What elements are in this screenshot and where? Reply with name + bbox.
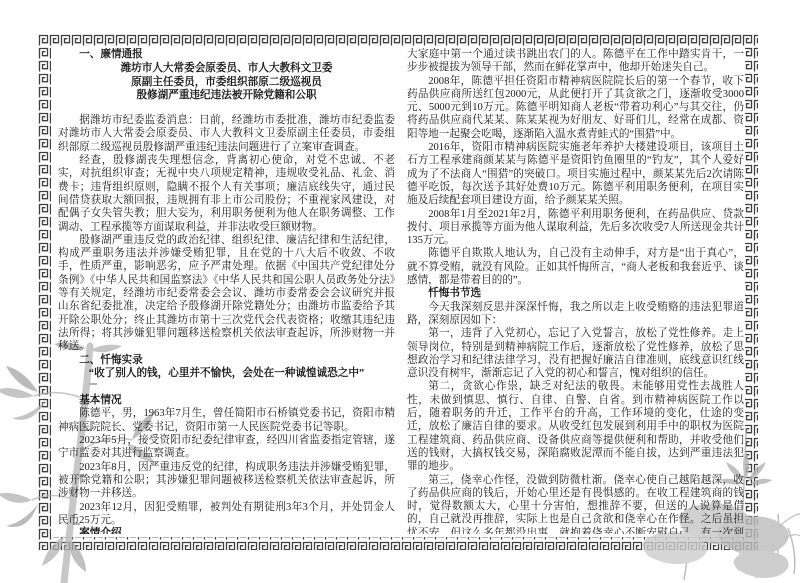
case-paragraph-4: 2008年1月至2021年2月，陈德平利用职务便利，在药品供应、贷款拨付、项目承…	[407, 208, 744, 248]
document-content: 一、廉情通报 潍坊市人大常委会原委员、市人大教科文卫委 原副主任委员，市委组织部…	[58, 48, 744, 534]
case-intro-heading: 案情介绍	[58, 527, 395, 534]
notice-headline: 潍坊市人大常委会原委员、市人大教科文卫委 原副主任委员，市委组织部原二级巡视员 …	[58, 62, 395, 102]
excerpt-paragraph-1: 今天我深刻反思并深深忏悔，我之所以走上收受贿赂的违法犯罪道路，深刻原因如下：	[407, 301, 744, 328]
basic-info-paragraph-4: 2023年12月，因犯受贿罪，被判处有期徒刑3年3个月，并处罚金人民币25万元。	[58, 501, 395, 528]
case-paragraph-2: 2008年，陈德平担任资阳市精神病医院院长后的第一个春节，收下药品供应商所送红包…	[407, 75, 744, 141]
excerpt-paragraph-2: 第一，违背了入党初心，忘记了入党誓言，放松了党性修养。走上领导岗位，特别是到精神…	[407, 327, 744, 380]
basic-info-paragraph-2: 2023年5月，接受资阳市纪委纪律审查，经四川省监委指定管辖，遂宁市监委对其进行…	[58, 434, 395, 461]
right-column: 大家庭中第一个通过读书跳出农门的人。陈德平在工作中踏实肯干，一步步被提拔为领导干…	[407, 48, 744, 534]
notice-paragraph-2: 经查，殷修湖丧失理想信念，背离初心使命，对党不忠诚、不老实，对抗组织审查；无视中…	[58, 154, 395, 234]
excerpt-paragraph-3: 第二，贪欲心作祟，缺乏对纪法的敬畏。未能够用党性去战胜人性，未做到慎思、慎行、自…	[407, 380, 744, 473]
excerpt-paragraph-4: 第三，侥幸心作怪，没做到防微杜渐。侥幸心使自己越陷越深，收了药品供应商的钱后，开…	[407, 474, 744, 535]
notice-headline-line-2: 原副主任委员，市委组织部原二级巡视员	[58, 76, 395, 89]
basic-info-paragraph-1: 陈德平，男，1963年7月生，曾任简阳市石桥镇党委书记，资阳市精神病医院院长、党…	[58, 407, 395, 434]
left-column: 一、廉情通报 潍坊市人大常委会原委员、市人大教科文卫委 原副主任委员，市委组织部…	[58, 48, 395, 534]
case-paragraph-3: 2016年，资阳市精神病医院实施老年养护大楼建设项目，该项目土石方工程承建商颜某…	[407, 141, 744, 207]
notice-section-title: 一、廉情通报	[58, 48, 395, 61]
basic-info-heading: 基本情况	[58, 394, 395, 407]
excerpt-heading: 忏悔书节选	[407, 287, 744, 300]
notice-paragraph-1: 据潍坊市纪委监委消息：日前，经潍坊市委批准，潍坊市纪委监委对潍坊市人大常委会原委…	[58, 114, 395, 154]
notice-headline-line-3: 殷修湖严重违纪违法被开除党籍和公职	[58, 89, 395, 102]
notice-headline-line-1: 潍坊市人大常委会原委员、市人大教科文卫委	[58, 62, 395, 75]
basic-info-paragraph-3: 2023年8月，因严重违反党的纪律，构成职务违法并涉嫌受贿犯罪，被开除党籍和公职…	[58, 461, 395, 501]
notice-paragraph-3: 殷修湖严重违反党的政治纪律、组织纪律、廉洁纪律和生活纪律，构成严重职务违法并涉嫌…	[58, 234, 395, 354]
confession-section-title: 二、忏悔实录	[58, 354, 395, 367]
document-page: 一、廉情通报 潍坊市人大常委会原委员、市人大教科文卫委 原副主任委员，市委组织部…	[0, 0, 800, 583]
case-paragraph-5: 陈德平自欺欺人地认为，自己没有主动伸手，对方是“出于真心”，就不算受贿，就没有风…	[407, 247, 744, 287]
confession-quote: “收了别人的钱，心里并不愉快，会处在一种诚惶诚恐之中”	[58, 367, 395, 380]
case-paragraph-1-continued: 大家庭中第一个通过读书跳出农门的人。陈德平在工作中踏实肯干，一步步被提拔为领导干…	[407, 48, 744, 75]
